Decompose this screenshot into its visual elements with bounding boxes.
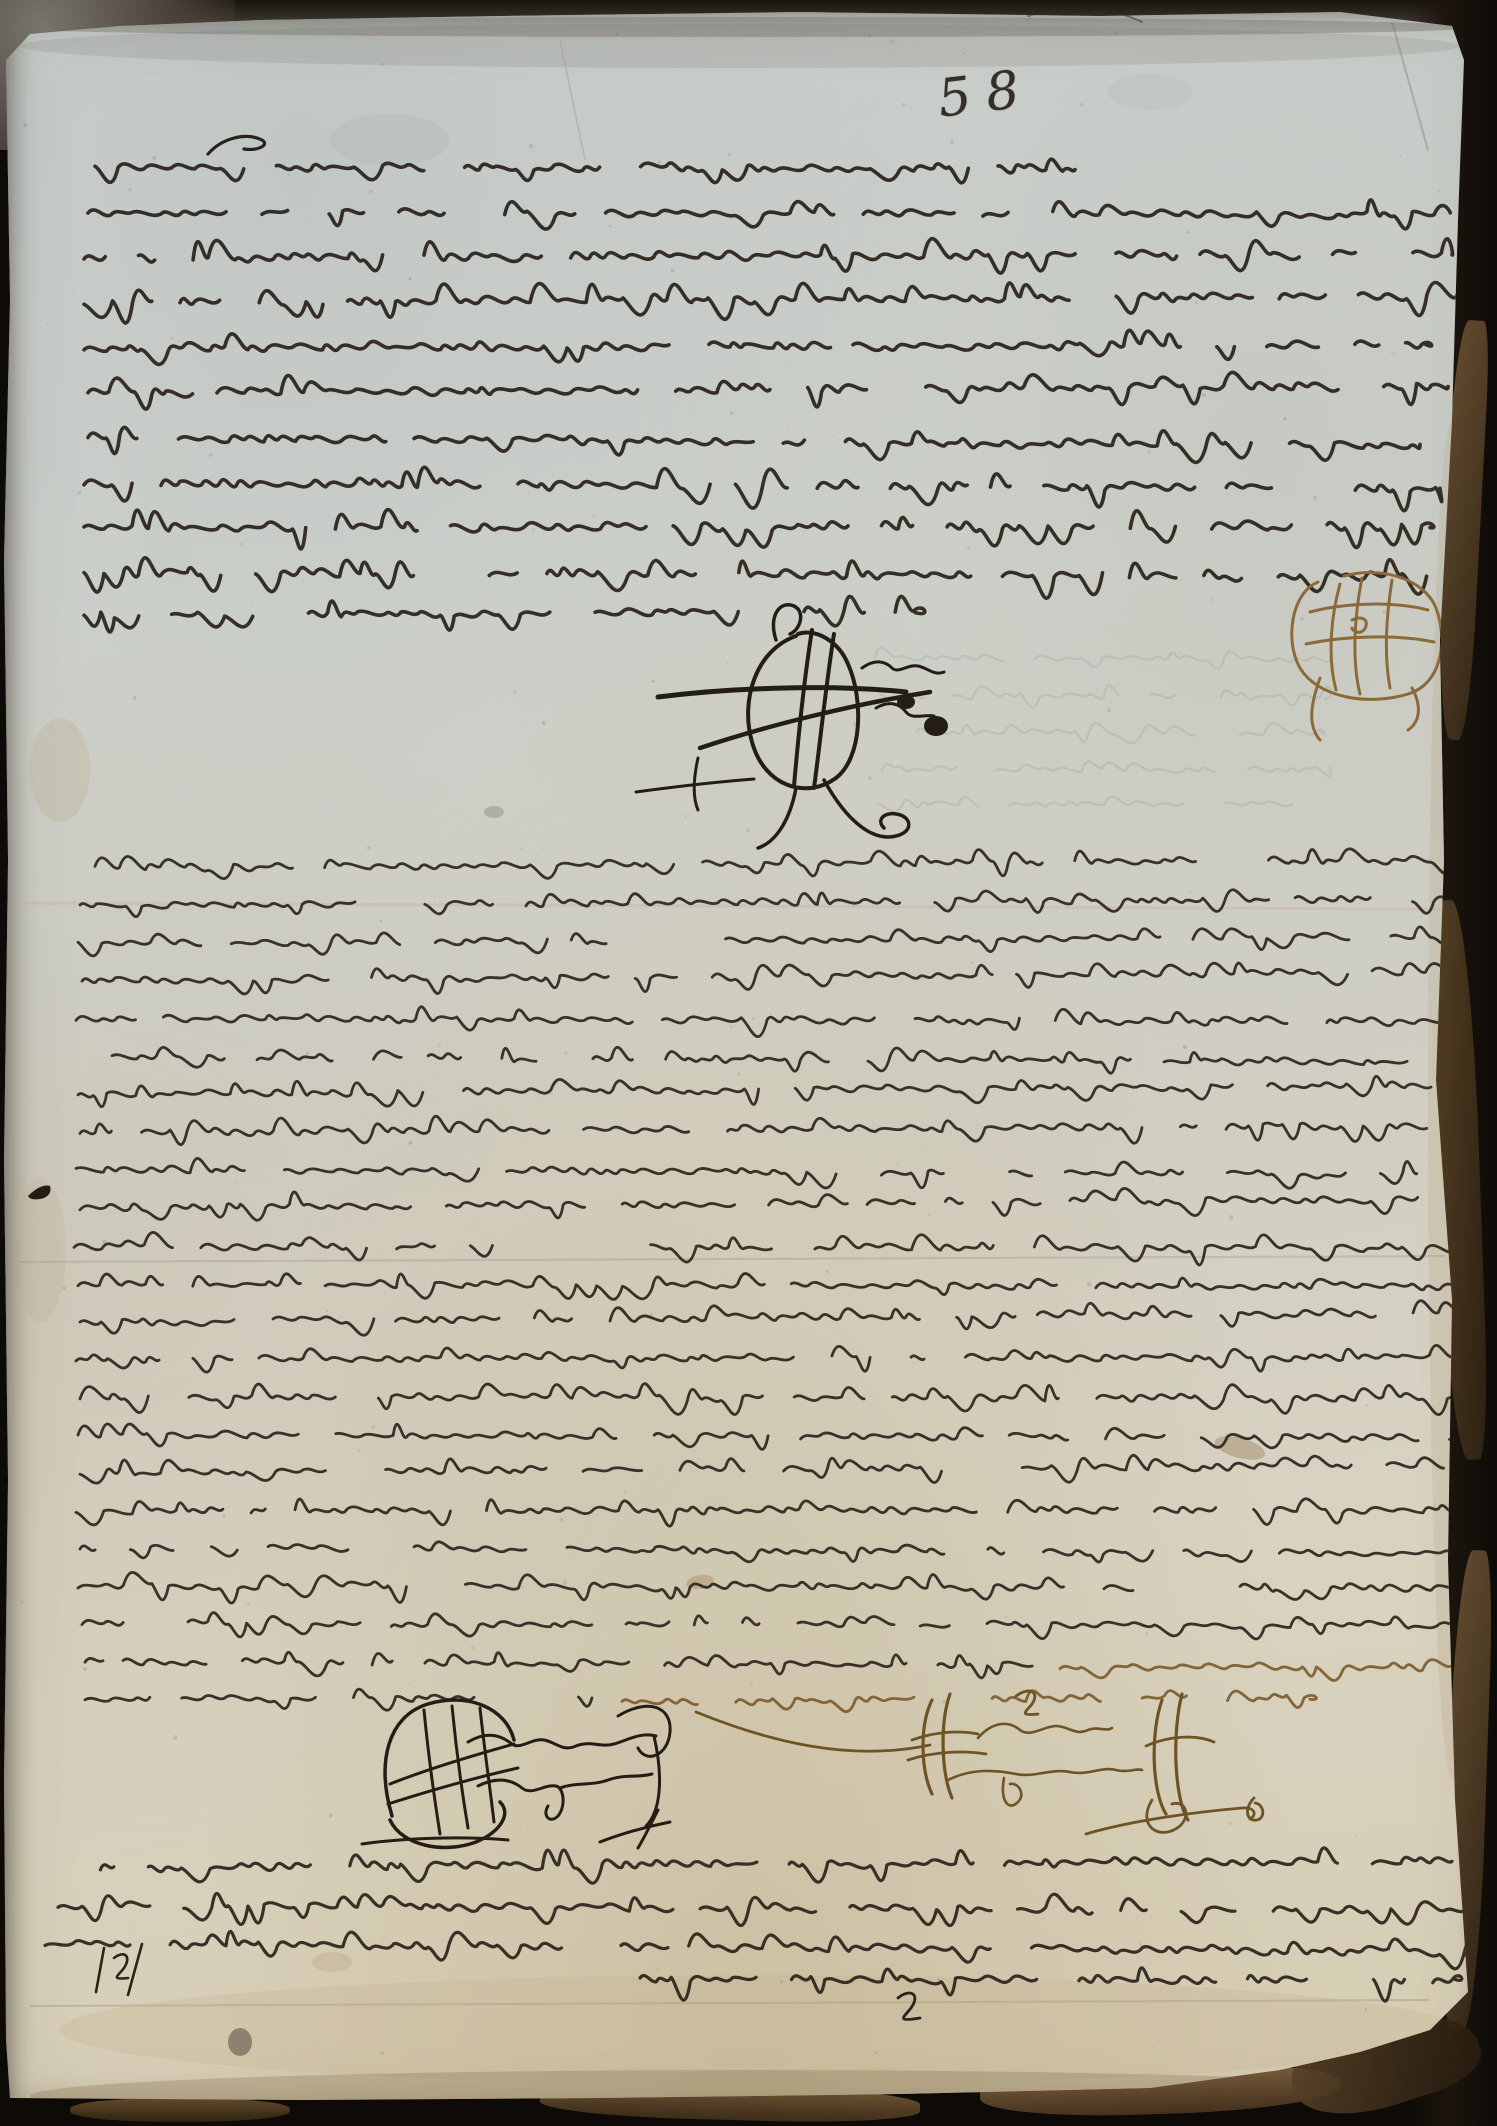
manuscript-scan: 58 bbox=[0, 0, 1497, 2126]
page-number: 58 bbox=[935, 58, 1038, 129]
manuscript-page bbox=[0, 0, 1497, 2126]
torn-paper-shred-bottom-4 bbox=[70, 2098, 290, 2122]
